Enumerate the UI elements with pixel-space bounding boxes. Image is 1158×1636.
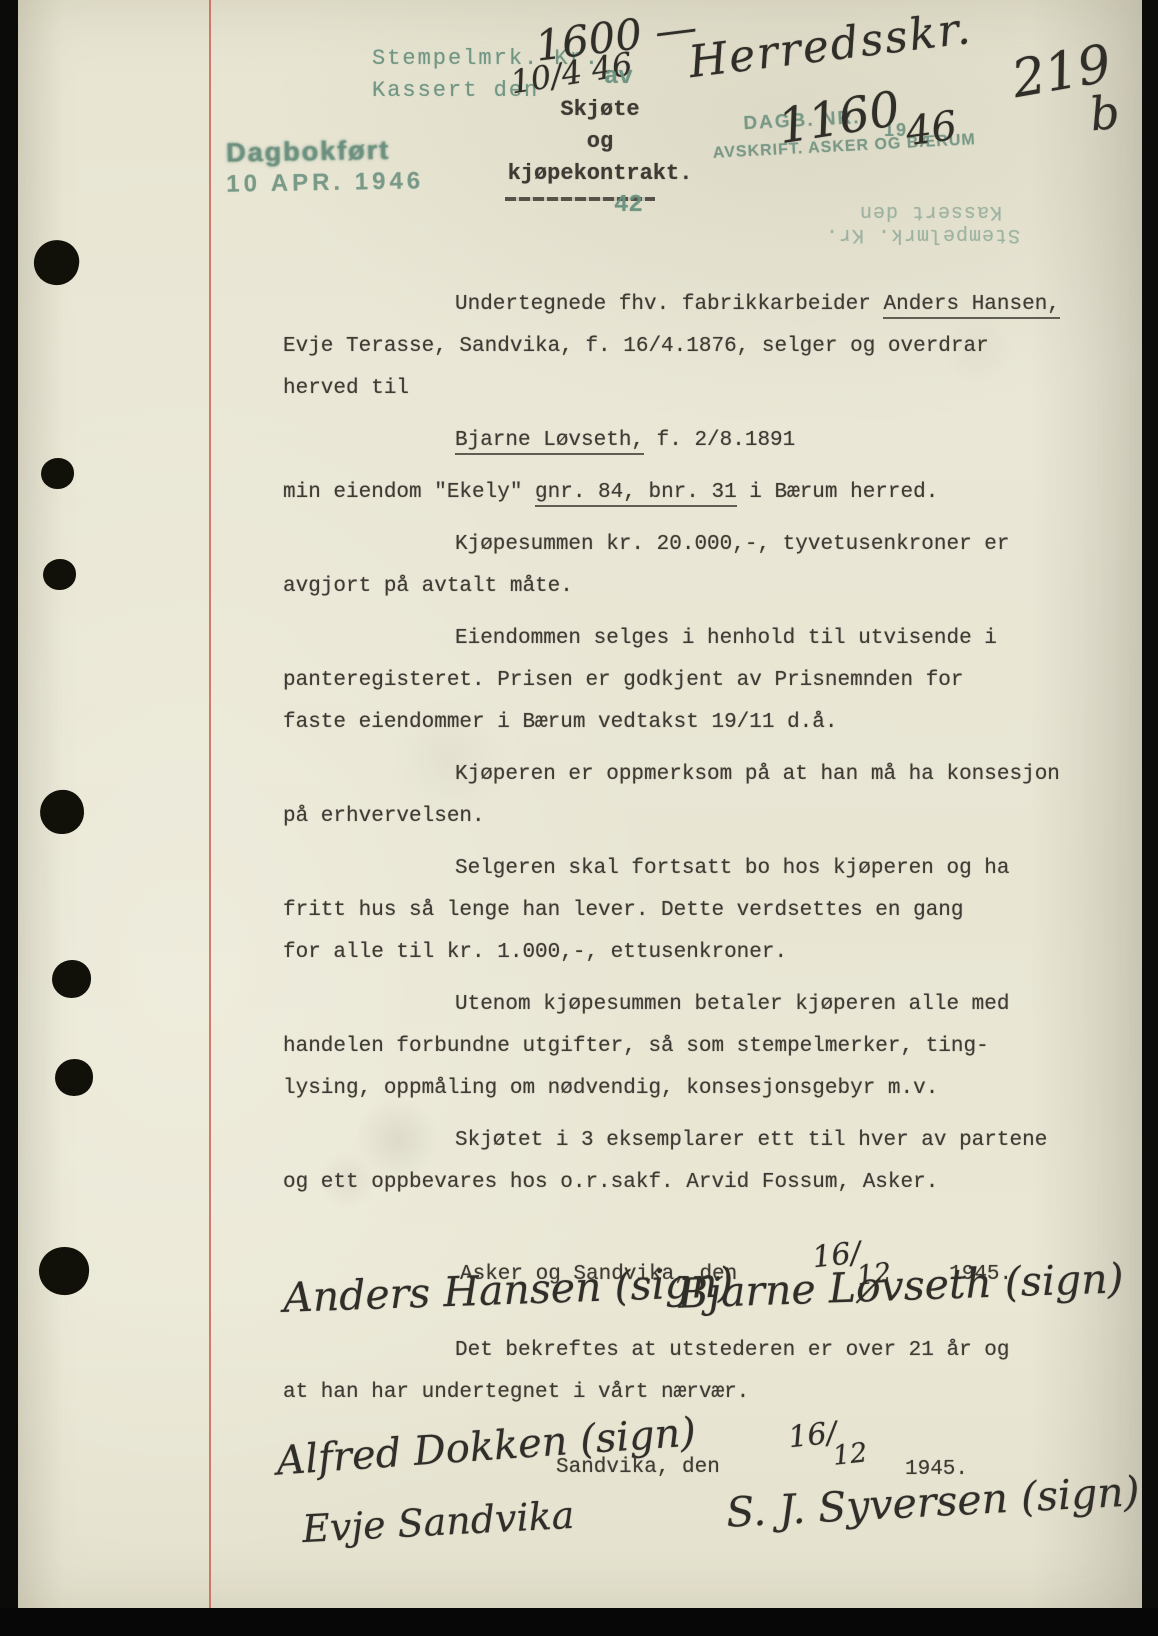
ghost-kassert: Kassert den [788,200,1002,223]
typed-line: at han har undertegnet i vårt nærvær. [283,1372,1010,1414]
date-line-sandvika: Sandvika, den [556,1456,720,1479]
stamp-fragment-av: av [604,64,633,91]
stamp-dagbokfort-date: 10 APR. 1946 [226,167,424,198]
date2-prefix: Sandvika, den [556,1456,720,1479]
typed-line: Det bekreftes at utstederen er over 21 å… [283,1330,1010,1372]
typed-line: handelen forbundne utgifter, så som stem… [283,1026,1083,1068]
scan-left-edge [0,0,18,1636]
attestation-text: Det bekreftes at utstederen er over 21 å… [283,1330,1010,1414]
typed-line: panteregisteret. Prisen er godkjent av P… [283,660,1083,702]
typed-line: herved til [283,368,1083,410]
red-margin-line [209,0,211,1608]
typed-line: Bjarne Løvseth, f. 2/8.1891 [283,420,1083,462]
typed-line: og ett oppbevares hos o.r.sakf. Arvid Fo… [283,1162,1083,1204]
typed-line: Evje Terasse, Sandvika, f. 16/4.1876, se… [283,326,1083,368]
punch-hole [43,559,76,590]
handwritten-date-fraction-2: 16/12 [788,1428,874,1471]
typed-line: Kjøperen er oppmerksom på at han må ha k… [283,754,1083,796]
handwritten-diary-year: 46 [903,103,960,156]
typed-line: for alle til kr. 1.000,-, ettusenkroner. [283,932,1083,974]
typed-line: fritt hus så lenge han lever. Dette verd… [283,890,1083,932]
typed-line: Undertegnede fhv. fabrikkarbeider Anders… [283,284,1083,326]
typed-line: Kjøpesummen kr. 20.000,-, tyvetusenkrone… [283,524,1083,566]
stamp-fragment-42: 42 [614,192,643,219]
typed-line: Skjøtet i 3 eksemplarer ett til hver av … [283,1120,1083,1162]
scan-right-edge [1142,0,1158,1636]
title-line-3: kjøpekontrakt. [470,158,730,190]
ghost-stamp-bleedthrough: Stempelmrk. Kr. Kassert den [788,200,1020,246]
handwritten-page-suffix: b [1087,85,1122,142]
document-title: Skjøte og kjøpekontrakt. [470,94,730,190]
typed-line: avgjort på avtalt måte. [283,566,1083,608]
typed-line: på erhvervelsen. [283,796,1083,838]
typed-line: Selgeren skal fortsatt bo hos kjøperen o… [283,848,1083,890]
typed-line: Utenom kjøpesummen betaler kjøperen alle… [283,984,1083,1026]
journal-entry-stamp: Dagbokført 10 APR. 1946 [225,134,424,198]
punch-hole [41,458,74,489]
punch-hole [55,1059,93,1096]
title-line-2: og [470,126,730,158]
typed-line: Eiendommen selges i henhold til utvisend… [283,618,1083,660]
punch-hole [52,960,91,998]
ghost-stempelmrk: Stempelmrk. Kr. [788,223,1020,246]
typed-line: min eiendom "Ekely" gnr. 84, bnr. 31 i B… [283,472,1083,514]
scan-bottom-edge [0,1608,1158,1636]
typed-line: faste eiendommer i Bærum vedtakst 19/11 … [283,702,1083,744]
contract-body-text: Undertegnede fhv. fabrikkarbeider Anders… [283,284,1083,1204]
stamp-dagbokfort: Dagbokført [225,134,423,168]
title-line-1: Skjøte [470,94,730,126]
typed-line: lysing, oppmåling om nødvendig, konsesjo… [283,1068,1083,1110]
scanned-deed-page: { "page_number": {"main": "219", "suffix… [0,0,1158,1636]
